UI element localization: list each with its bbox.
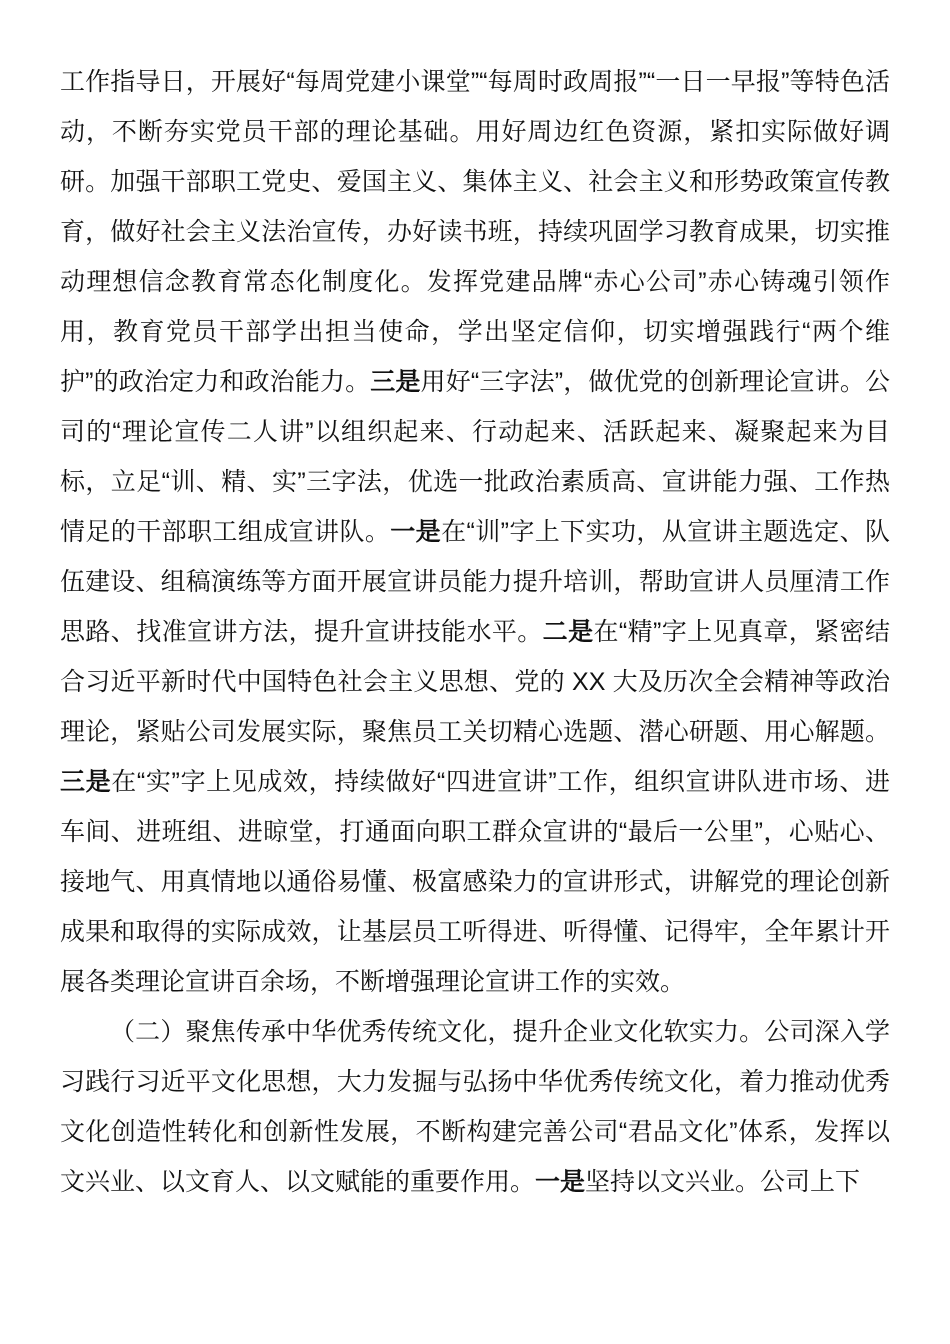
text-run: 在“实”字上见成效，持续做好“四进宣讲”工作，组织宣讲队进市场、进车间、进班组、… <box>60 768 890 996</box>
paragraph-theory-propaganda: 工作指导日，开展好“每周党建小课堂”“每周时政周报”“一日一早报”等特色活动，不… <box>60 57 890 1007</box>
paragraph-traditional-culture: （二）聚焦传承中华优秀传统文化，提升企业文化软实力。公司深入学习践行习近平文化思… <box>60 1007 890 1207</box>
text-run: 坚持以文兴业。公司上下 <box>585 1168 860 1196</box>
bold-text-run: 一是 <box>390 518 441 546</box>
document-page: 工作指导日，开展好“每周党建小课堂”“每周时政周报”“一日一早报”等特色活动，不… <box>0 0 950 1344</box>
text-run: 工作指导日，开展好“每周党建小课堂”“每周时政周报”“一日一早报”等特色活动，不… <box>60 68 890 396</box>
bold-text-run: 一是 <box>535 1168 585 1196</box>
bold-text-run: 三是 <box>370 368 420 396</box>
bold-text-run: 二是 <box>543 618 594 646</box>
document-body: 工作指导日，开展好“每周党建小课堂”“每周时政周报”“一日一早报”等特色活动，不… <box>60 57 890 1207</box>
bold-text-run: 三是 <box>60 768 111 796</box>
